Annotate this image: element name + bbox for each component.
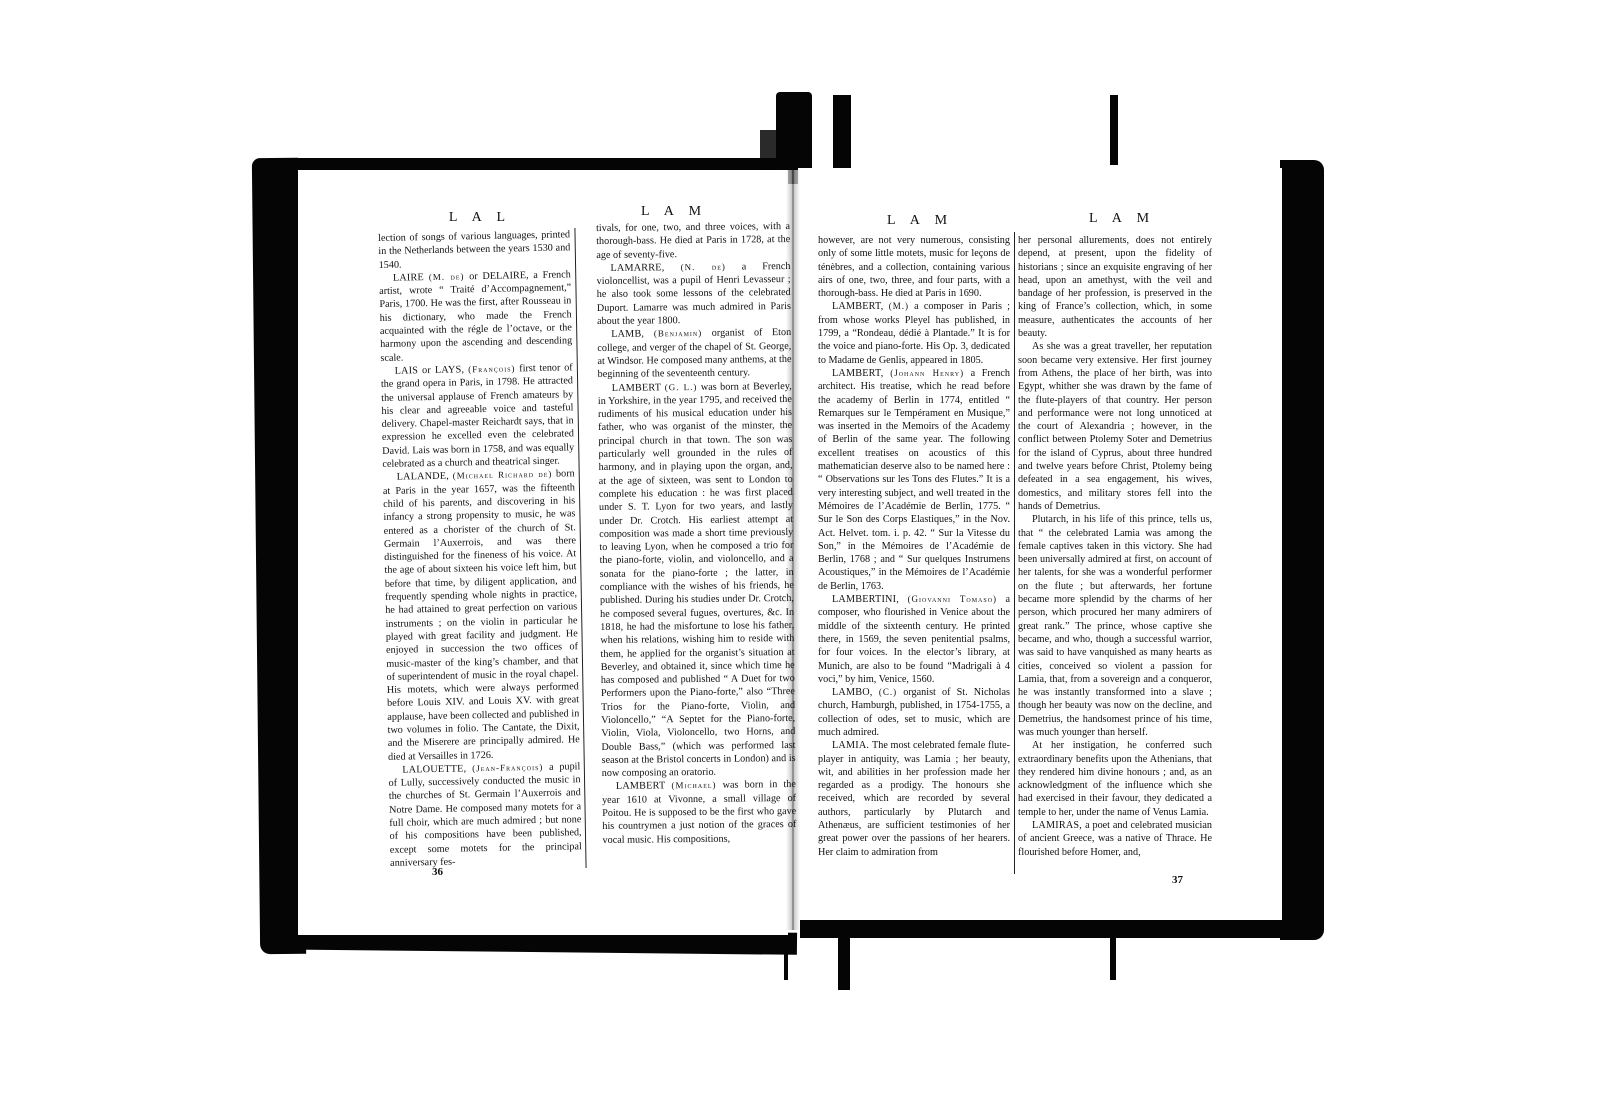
entry-given-name: (Michael Richard de) <box>453 469 553 481</box>
scanned-book-spread: L A L L A M L A M L A M lection of songs… <box>0 0 1600 1095</box>
running-header: L A M <box>1082 211 1162 227</box>
paragraph: however, are not very numerous, consisti… <box>818 234 1010 300</box>
dictionary-entry: LAMBERT (G. L.) was born at Beverley, in… <box>598 380 796 781</box>
page-clip-shadow <box>1110 95 1118 165</box>
running-header: L A M <box>634 204 714 220</box>
book-cover-bottom-right-edge <box>800 920 1320 938</box>
entry-given-name: (François) <box>468 363 516 374</box>
dictionary-entry: LAMB, (Benjamin) organist of Eton colleg… <box>597 326 792 381</box>
entry-headword: LALOUETTE, <box>402 763 472 775</box>
entry-given-name: (N. de) <box>680 262 725 272</box>
book-cover-right-edge <box>1280 160 1324 940</box>
text-column: her personal allurements, does not entir… <box>1018 234 1212 859</box>
entry-given-name: (Giovanni Tomaso) <box>908 594 998 604</box>
dictionary-entry: LAMIA. The most celebrated female flute-… <box>818 739 1010 859</box>
dictionary-entry: LALOUETTE, (Jean-François) a pupil of Lu… <box>388 760 582 870</box>
text-column: however, are not very numerous, consisti… <box>818 234 1010 859</box>
paragraph: lection of songs of various languages, p… <box>378 228 571 272</box>
page-number: 36 <box>432 866 443 878</box>
entry-given-name: (G. L.) <box>665 382 698 392</box>
paragraph: her personal allurements, does not entir… <box>1018 234 1212 340</box>
entry-given-name: (M.) <box>889 301 909 311</box>
entry-given-name: (Benjamin) <box>654 328 702 339</box>
paragraph: At her instigation, he conferred such ex… <box>1018 739 1212 819</box>
text-column: lection of songs of various languages, p… <box>378 228 582 870</box>
dictionary-entry: LALANDE, (Michael Richard de) born at Pa… <box>383 468 581 764</box>
entry-headword: LAMIA. <box>832 740 872 751</box>
dictionary-entry: LAIRE (M. de) or DELAIRE, a French artis… <box>379 268 573 365</box>
entry-given-name: (Jean-François) <box>472 762 543 773</box>
entry-headword: LALANDE, <box>397 471 453 483</box>
running-header: L A L <box>440 210 520 226</box>
text-column: tivals, for one, two, and three voices, … <box>596 220 797 847</box>
entry-headword: LAMBO, <box>832 687 879 698</box>
entry-given-name: (C.) <box>879 687 897 697</box>
running-header: L A M <box>880 213 960 229</box>
dictionary-entry: LAMIRAS, a poet and celebrated musician … <box>1018 819 1212 859</box>
entry-headword: LAMIRAS, <box>1032 820 1085 831</box>
dictionary-entry: LAMARRE, (N. de) a French violoncellist,… <box>596 260 791 329</box>
dictionary-entry: LAMBO, (C.) organist of St. Nicholas chu… <box>818 686 1010 739</box>
scan-artifact <box>838 930 850 990</box>
entry-headword: LAMARRE, <box>610 262 680 274</box>
entry-headword: LAMBERT <box>612 382 665 394</box>
dictionary-entry: LAMBERT (Michael) was born in the year 1… <box>602 778 797 847</box>
dictionary-entry: LAMBERT, (Johann Henry) a French archite… <box>818 367 1010 593</box>
scan-artifact <box>1110 930 1116 980</box>
paragraph: tivals, for one, two, and three voices, … <box>596 220 790 262</box>
entry-headword: LAMBERT <box>616 781 672 793</box>
dictionary-entry: LAMBERTINI, (Giovanni Tomaso) a composer… <box>818 593 1010 686</box>
dictionary-entry: LAMBERT, (M.) a composer in Paris ; from… <box>818 300 1010 366</box>
entry-headword: LAMBERT, <box>832 301 889 312</box>
paragraph: As she was a great traveller, her reputa… <box>1018 340 1212 513</box>
page-number: 37 <box>1172 874 1183 886</box>
entry-given-name: (Michael) <box>671 780 716 790</box>
entry-given-name: (Johann Henry) <box>890 368 964 378</box>
entry-headword: LAIS or LAYS, <box>395 364 469 376</box>
column-rule <box>1014 232 1015 874</box>
dictionary-entry: LAIS or LAYS, (François) first tenor of … <box>381 361 575 471</box>
entry-given-name: (M. de) <box>429 271 465 282</box>
paragraph: Plutarch, in his life of this prince, te… <box>1018 513 1212 739</box>
entry-headword: LAIRE <box>393 272 429 284</box>
entry-headword: LAMBERTINI, <box>832 594 908 605</box>
entry-headword: LAMB, <box>611 329 654 340</box>
entry-headword: LAMBERT, <box>832 368 890 379</box>
scan-artifact <box>784 940 788 980</box>
